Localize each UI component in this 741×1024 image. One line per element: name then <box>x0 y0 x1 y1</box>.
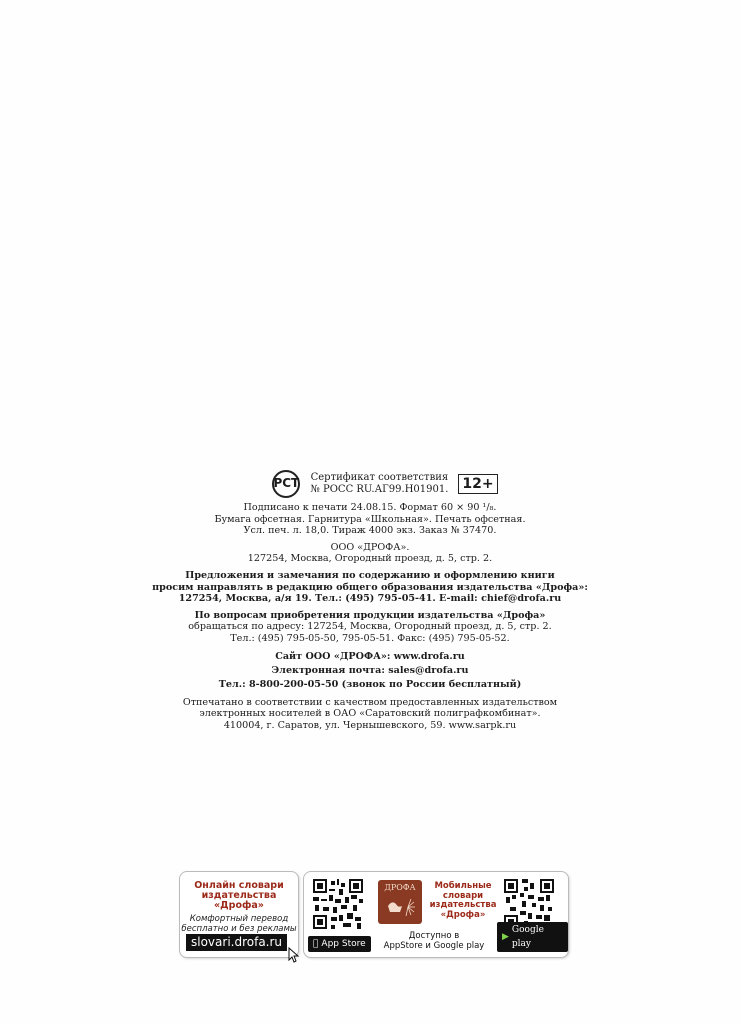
print-info-line: Бумага офсетная. Гарнитура «Школьная». П… <box>150 514 590 526</box>
contact-email: Электронная почта: sales@drofa.ru <box>150 664 590 678</box>
online-promo-subtitle: Комфортный перевод бесплатно и без рекла… <box>180 914 298 934</box>
online-dictionaries-promo: Онлайн словари издательства «Дрофа» Комф… <box>179 871 299 958</box>
play-icon: ▶ <box>502 930 509 944</box>
drofa-bird-icon <box>384 894 416 920</box>
certificate-title: Сертификат соответствия <box>310 472 448 484</box>
printer-line: электронных носителей в ОАО «Саратовский… <box>150 708 590 720</box>
certificate-row: РСТ Сертификат соответствия № РОСС RU.АГ… <box>180 470 590 498</box>
purchase-info: По вопросам приобретения продукции издат… <box>150 610 590 645</box>
certificate-number: № РОСС RU.АГ99.Н01901. <box>310 484 448 496</box>
drofa-logo: ДРОФА <box>378 880 422 924</box>
print-info-line: Подписано к печати 24.08.15. Формат 60 ×… <box>150 502 590 514</box>
contact-phone: Тел.: 8-800-200-05-50 (звонок по России … <box>150 678 590 692</box>
suggestions-line: 127254, Москва, а/я 19. Тел.: (495) 795-… <box>150 593 590 605</box>
cursor-icon <box>288 947 300 963</box>
publisher-name: ООО «ДРОФА». <box>150 542 590 554</box>
imprint-block: РСТ Сертификат соответствия № РОСС RU.АГ… <box>150 470 590 731</box>
qr-code-appstore-icon[interactable] <box>313 879 363 929</box>
publisher-address: 127254, Москва, Огородный проезд, д. 5, … <box>150 553 590 565</box>
printer-info: Отпечатано в соответствии с качеством пр… <box>150 697 590 732</box>
suggestions-line: Предложения и замечания по содержанию и … <box>150 570 590 582</box>
googleplay-button[interactable]: ▶ Google play <box>497 922 568 952</box>
appstore-button[interactable]:  App Store <box>308 936 371 952</box>
apple-icon:  <box>313 937 318 951</box>
certificate-text: Сертификат соответствия № РОСС RU.АГ99.Н… <box>310 472 448 496</box>
suggestions-line: просим направлять в редакцию общего обра… <box>150 582 590 594</box>
mobile-promo-title: Мобильные словари издательства «Дрофа» <box>428 882 498 920</box>
suggestions-info: Предложения и замечания по содержанию и … <box>150 570 590 605</box>
print-info: Подписано к печати 24.08.15. Формат 60 ×… <box>150 502 590 537</box>
slovari-url-link[interactable]: slovari.drofa.ru <box>186 934 287 951</box>
printer-line: 410004, г. Саратов, ул. Чернышевского, 5… <box>150 720 590 732</box>
rst-certification-icon: РСТ <box>272 470 300 498</box>
contacts-info: Сайт ООО «ДРОФА»: www.drofa.ru Электронн… <box>150 650 590 692</box>
mobile-dictionaries-promo:  App Store ДРОФА Мобильные словари изда… <box>303 871 569 958</box>
availability-text: Доступно в AppStore и Google play <box>374 932 494 951</box>
print-info-line: Усл. печ. л. 18,0. Тираж 4000 экз. Заказ… <box>150 525 590 537</box>
contact-site: Сайт ООО «ДРОФА»: www.drofa.ru <box>150 650 590 664</box>
online-promo-title: Онлайн словари издательства «Дрофа» <box>180 881 298 911</box>
publisher-info: ООО «ДРОФА». 127254, Москва, Огородный п… <box>150 542 590 565</box>
age-rating-badge: 12+ <box>458 474 497 494</box>
purchase-line: Тел.: (495) 795-05-50, 795-05-51. Факс: … <box>150 633 590 645</box>
printer-line: Отпечатано в соответствии с качеством пр… <box>150 697 590 709</box>
purchase-line: обращаться по адресу: 127254, Москва, Ог… <box>150 621 590 633</box>
purchase-line: По вопросам приобретения продукции издат… <box>150 610 590 622</box>
